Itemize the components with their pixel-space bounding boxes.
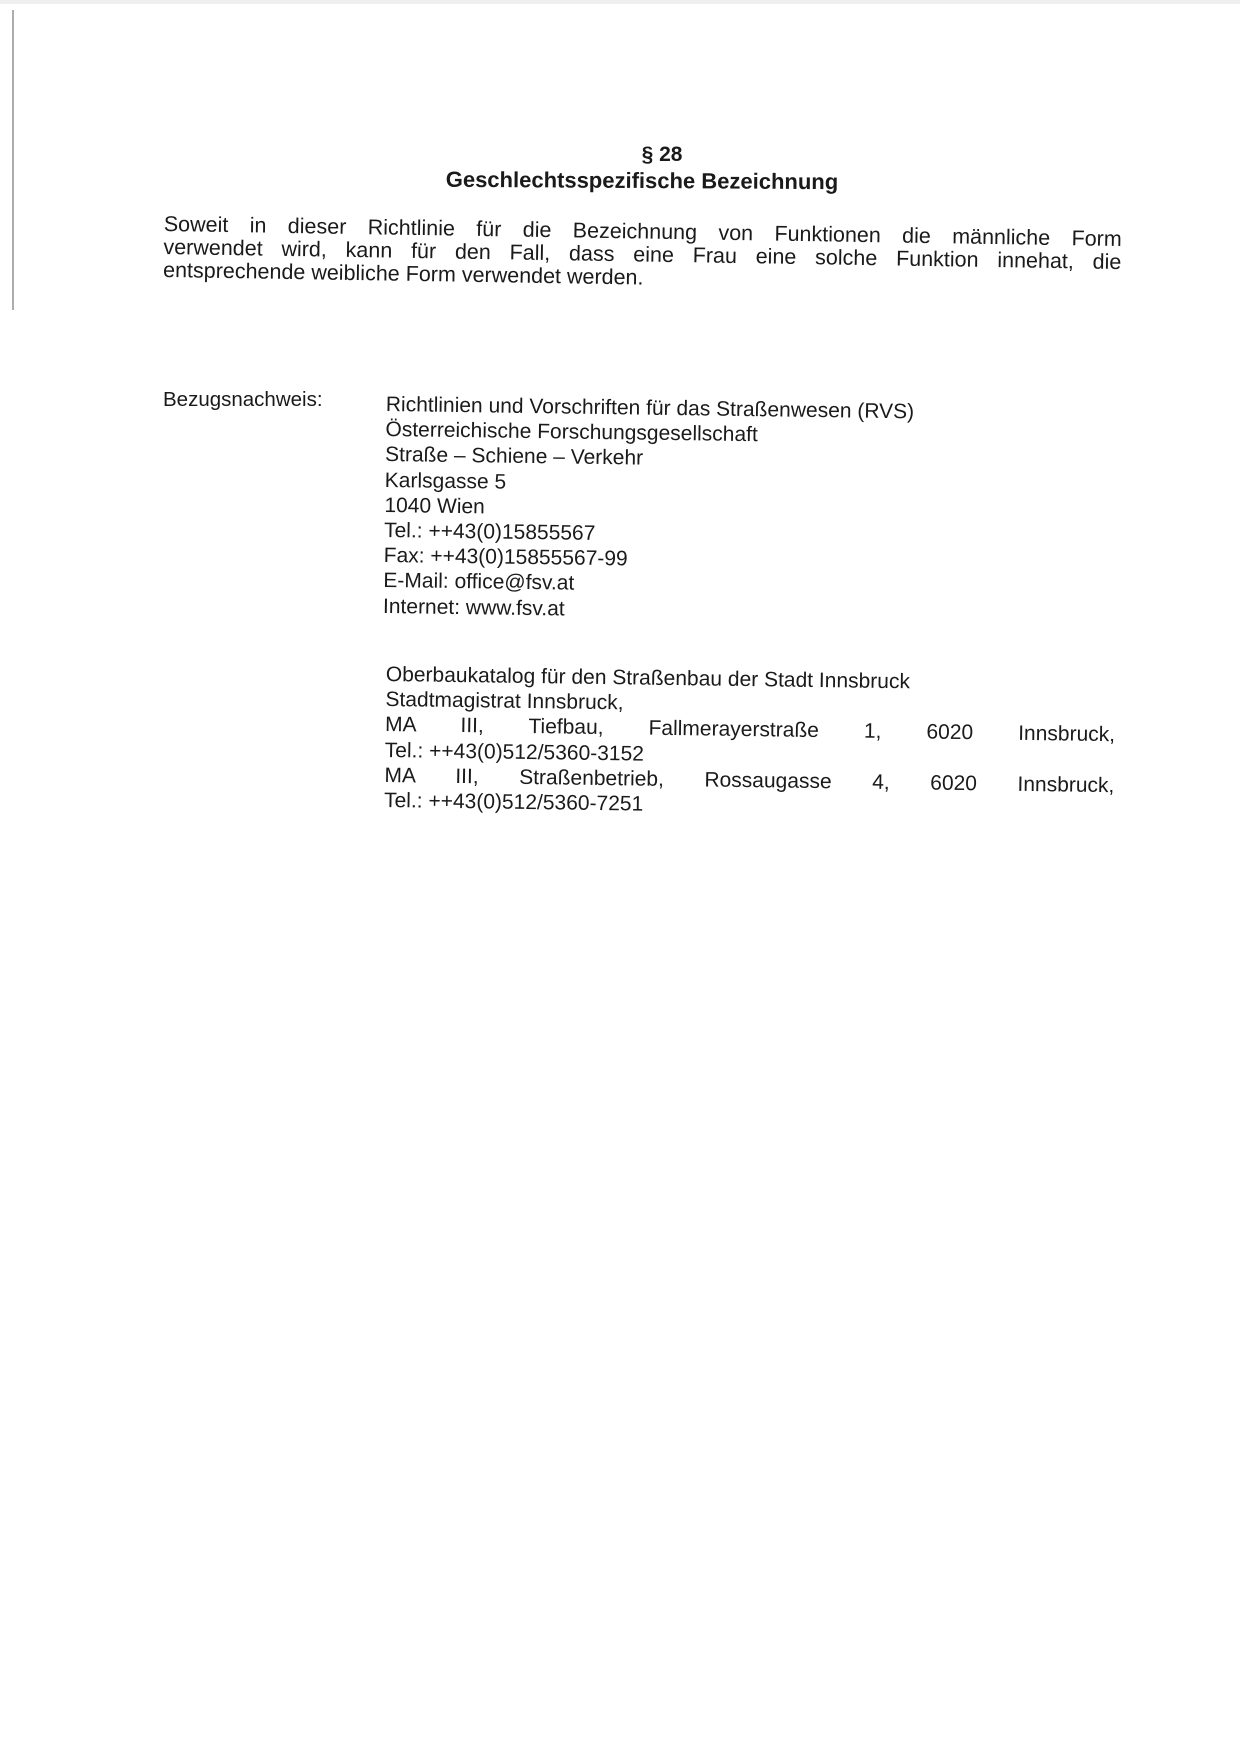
section-body: Soweit in dieser Richtlinie für die Beze… — [163, 213, 1122, 297]
reference-block-innsbruck: Oberbaukatalog für den Straßenbau der St… — [384, 662, 1116, 823]
section-number: § 28 — [42, 143, 1240, 167]
reference-block-rvs: Richtlinien und Vorschriften für das Str… — [383, 392, 1126, 629]
scan-top-edge — [0, 0, 1240, 4]
section-title: Geschlechtsspezifische Bezeichnung — [22, 164, 1240, 198]
scan-left-edge — [12, 10, 14, 310]
reference-label: Bezugsnachweis: — [163, 388, 323, 412]
